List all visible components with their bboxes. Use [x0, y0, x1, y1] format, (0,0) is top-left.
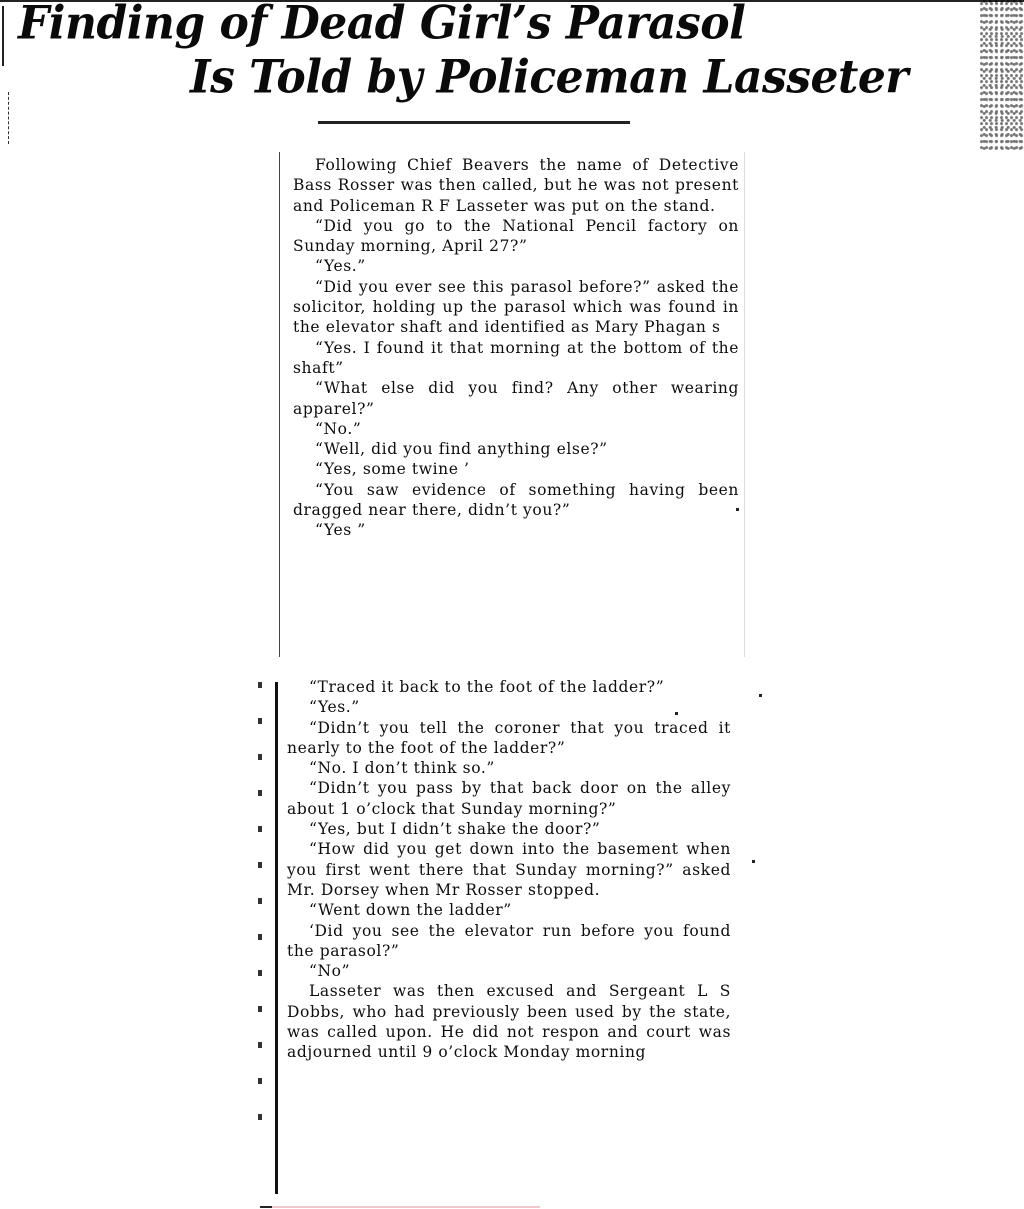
- left-dashed-rule: [8, 92, 10, 144]
- scan-noise-edge: [980, 0, 1024, 150]
- paragraph: “Traced it back to the foot of the ladde…: [287, 677, 731, 697]
- paragraph: ‘Did you see the elevator run before you…: [287, 921, 731, 962]
- paragraph: “No.”: [293, 419, 739, 439]
- column-2-left-rule: [275, 682, 278, 1194]
- paragraph: “Yes, but I didn’t shake the door?”: [287, 819, 731, 839]
- paragraph: Following Chief Beavers the name of Dete…: [293, 155, 739, 216]
- headline-divider: [318, 121, 630, 124]
- paragraph: “Did you go to the National Pencil facto…: [293, 216, 739, 257]
- headline-line-2: Is Told by Policeman Lasseter: [190, 55, 908, 101]
- scan-speck: [752, 860, 755, 863]
- article-column-1: Following Chief Beavers the name of Dete…: [293, 155, 739, 541]
- bottom-rule: [260, 1206, 540, 1208]
- paragraph: “What else did you find? Any other weari…: [293, 378, 739, 419]
- paragraph: “How did you get down into the basement …: [287, 839, 731, 900]
- paragraph: “Yes.”: [293, 256, 739, 276]
- paragraph: “Yes.”: [287, 697, 731, 717]
- scan-speck: [675, 712, 678, 715]
- headline-line-1: Finding of Dead Girl’s Parasol: [18, 1, 745, 47]
- paragraph: “Did you ever see this parasol before?” …: [293, 277, 739, 338]
- column-1-right-rule: [744, 152, 746, 657]
- paragraph: Lasseter was then excused and Sergeant L…: [287, 981, 731, 1062]
- column-1-left-rule: [279, 152, 281, 657]
- paragraph: “Yes ”: [293, 520, 739, 540]
- paragraph: “Didn’t you tell the coroner that you tr…: [287, 718, 731, 759]
- paragraph: “No”: [287, 961, 731, 981]
- paragraph: “Yes. I found it that morning at the bot…: [293, 338, 739, 379]
- left-border-rule: [2, 6, 4, 66]
- paragraph: “No. I don’t think so.”: [287, 758, 731, 778]
- paragraph: “Went down the ladder”: [287, 900, 731, 920]
- scan-speck: [759, 694, 762, 697]
- article-column-2: “Traced it back to the foot of the ladde…: [287, 677, 731, 1063]
- paragraph: “You saw evidence of something having be…: [293, 480, 739, 521]
- paragraph: “Didn’t you pass by that back door on th…: [287, 778, 731, 819]
- paragraph: “Yes, some twine ’: [293, 459, 739, 479]
- column-2-tick-marks: [258, 682, 262, 1142]
- paragraph: “Well, did you find anything else?”: [293, 439, 739, 459]
- scan-speck: [736, 508, 739, 511]
